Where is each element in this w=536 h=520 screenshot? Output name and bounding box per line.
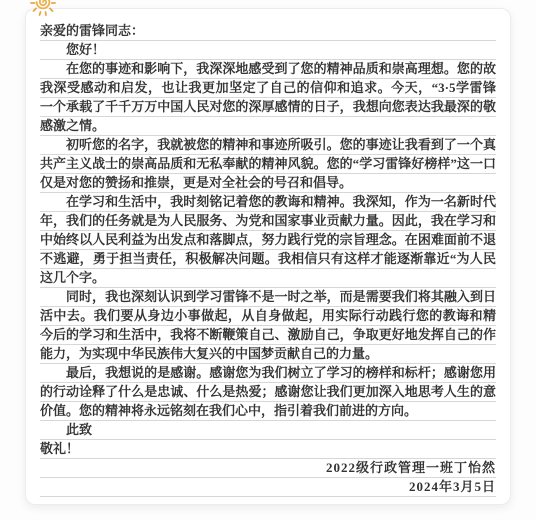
letter-line: 中始终以人民利益为出发点和落脚点，努力践行党的宗旨理念。在困难面前不退缩、: [40, 231, 496, 250]
letter-line: 初听您的名字，我就被您的精神和事迹所吸引。您的事迹让我看到了一个真正的: [40, 136, 496, 155]
letter-line: 2022级行政管理一班丁怡然: [40, 459, 496, 478]
letter-line: 共产主义战士的崇高品质和无私奉献的精神风貌。您的“学习雷锋好榜样”这一口号不: [40, 155, 496, 174]
letter-line: 2024年3月5日: [40, 478, 496, 497]
letter-line: 今后的学习和生活中，我将不断鞭策自己、激励自己，争取更好地发挥自己的作用和: [40, 326, 496, 345]
letter-line: 最后，我想说的是感谢。感谢您为我们树立了学习的榜样和标杆；感谢您用自己: [40, 364, 496, 383]
sun-doodle-icon: [26, 0, 60, 21]
letter-line: 能力，为实现中华民族伟大复兴的中国梦贡献自己的力量。: [40, 345, 496, 364]
letter-line: 此致: [40, 421, 496, 440]
page: 亲爱的雷锋同志：您好！在您的事迹和影响下，我深深地感受到了您的精神品质和崇高理想…: [0, 0, 536, 520]
letter-line: 我深受感动和启发，也让我更加坚定了自己的信仰和追求。今天，“3·5学雷锋日”，: [40, 79, 496, 98]
letter-line: 的行动诠释了什么是忠诚、什么是热爱；感谢您让我们更加深入地思考人生的意义和: [40, 383, 496, 402]
letter-line: 不逃避，勇于担当责任，积极解决问题。我相信只有这样才能逐渐靠近“为人民服务”: [40, 250, 496, 269]
letter-line: 亲爱的雷锋同志：: [40, 22, 496, 41]
letter-line: 同时，我也深刻认识到学习雷锋不是一时之举，而是需要我们将其融入到日常生: [40, 288, 496, 307]
letter-line: 这几个字。: [40, 269, 496, 288]
letter-line: 一个承载了千千万万中国人民对您的深厚感情的日子，我想向您表达我最深的敬意和: [40, 98, 496, 117]
letter-line: 在您的事迹和影响下，我深深地感受到了您的精神品质和崇高理想。您的故事让: [40, 60, 496, 79]
letter-body: 亲爱的雷锋同志：您好！在您的事迹和影响下，我深深地感受到了您的精神品质和崇高理想…: [40, 22, 496, 497]
letter-card: 亲爱的雷锋同志：您好！在您的事迹和影响下，我深深地感受到了您的精神品质和崇高理想…: [25, 8, 511, 505]
letter-line: 在学习和生活中，我时刻铭记着您的教诲和精神。我深知，作为一名新时代青: [40, 193, 496, 212]
letter-line: 感激之情。: [40, 117, 496, 136]
letter-line: 敬礼！: [40, 440, 496, 459]
letter-line: 年，我们的任务就是为人民服务、为党和国家事业贡献力量。因此，我在学习和生活: [40, 212, 496, 231]
letter-line: 仅是对您的赞扬和推崇，更是对全社会的号召和倡导。: [40, 174, 496, 193]
letter-line: 价值。您的精神将永远铭刻在我们心中，指引着我们前进的方向。: [40, 402, 496, 421]
letter-line: 您好！: [40, 41, 496, 60]
letter-line: 活中去。我们要从身边小事做起，从自身做起，用实际行动践行您的教诲和精神。在: [40, 307, 496, 326]
